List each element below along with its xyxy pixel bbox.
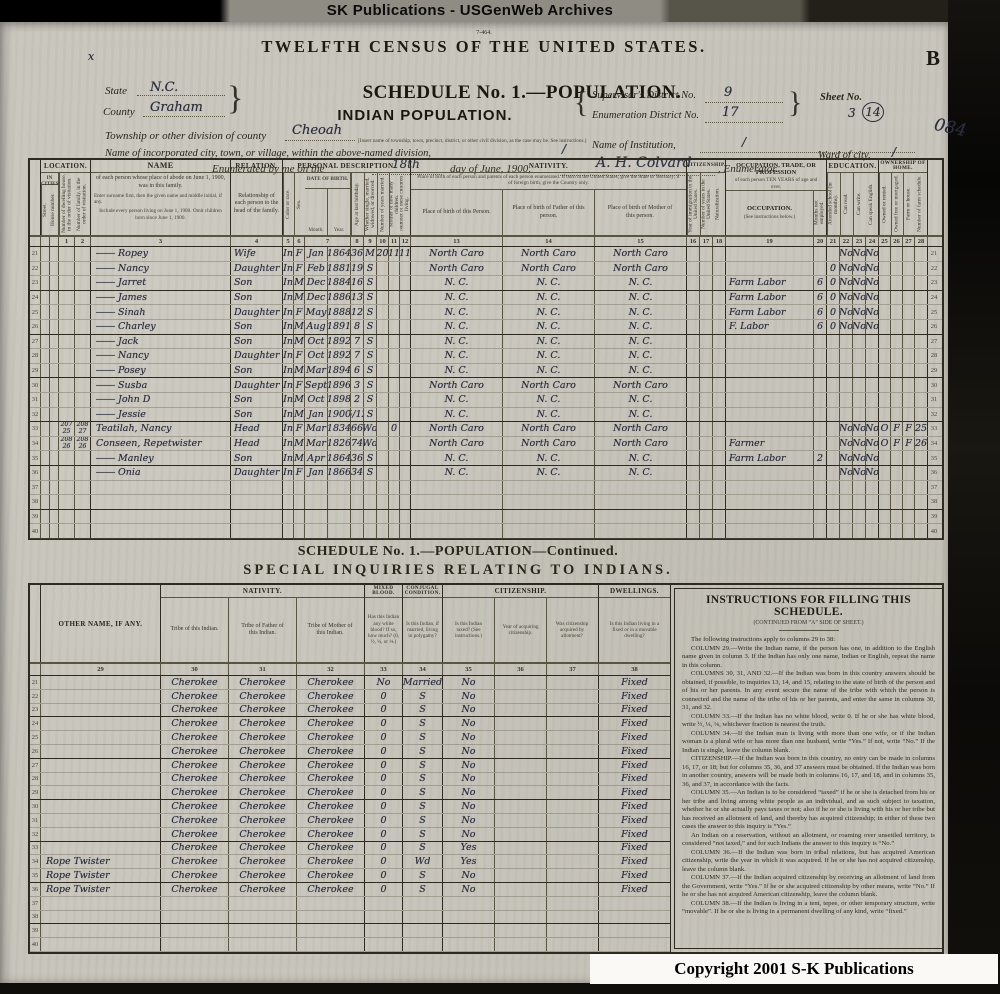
table-cell <box>495 676 547 689</box>
family-number-col-label: Number of family, in the order of visita… <box>75 173 90 235</box>
table-cell <box>403 938 443 951</box>
instruction-paragraph: COLUMNS 30, 31, AND 32.—If the Indian wa… <box>682 670 935 713</box>
table-cell <box>891 393 903 407</box>
table-cell <box>400 510 411 524</box>
table-cell: Cherokee <box>297 786 365 799</box>
table-cell <box>283 510 294 524</box>
table-cell: North Caro <box>595 247 687 261</box>
ward-value: / <box>892 145 896 159</box>
table-cell <box>713 349 726 363</box>
table-cell: 31 <box>30 393 41 407</box>
instruction-paragraph: COLUMN 36.—If the Indian was born in tri… <box>682 849 935 875</box>
in-cities-label: IN CITIES. <box>41 173 58 185</box>
table-cell: 38 <box>30 495 41 509</box>
table-cell: Aug <box>305 320 328 334</box>
table-cell <box>400 320 411 334</box>
table-cell: Son <box>231 276 283 290</box>
table-cell <box>389 495 400 509</box>
table-cell <box>853 481 866 495</box>
table-cell <box>853 335 866 349</box>
table-cell: 3 <box>351 378 364 392</box>
table-cell: North Caro <box>503 262 595 276</box>
table-row: 24―― JamesSonInMDec188613SN. C.N. C.N. C… <box>30 291 942 306</box>
table-cell: 26 <box>30 745 41 758</box>
copyright-overlay: Copyright 2001 S-K Publications <box>590 954 998 984</box>
table-cell <box>41 451 50 465</box>
table-cell: 0 <box>389 422 400 436</box>
table-cell <box>687 291 700 305</box>
dob-label: DATE OF BIRTH. <box>305 173 350 189</box>
year-citizenship-col-label: Year of acquiring citizenship. <box>495 598 547 662</box>
table-cell <box>411 495 503 509</box>
table-cell: Conseen, Repetwister <box>91 437 231 451</box>
table-cell: 7 <box>305 237 351 246</box>
table-cell: N. C. <box>411 305 503 319</box>
table-cell: 207 25 <box>59 422 75 436</box>
table-cell <box>50 495 59 509</box>
table-cell <box>891 481 903 495</box>
table-cell: 19 <box>351 262 364 276</box>
table-cell <box>41 524 50 538</box>
table-cell <box>41 745 161 758</box>
table-cell <box>879 451 891 465</box>
table-cell: Cherokee <box>297 883 365 896</box>
table-cell: No <box>853 451 866 465</box>
table-cell: S <box>364 466 377 480</box>
table-cell <box>41 291 50 305</box>
table-cell <box>503 524 595 538</box>
occupation-title: OCCUPATION, TRADE, OR PROFESSION <box>726 160 826 176</box>
table-cell: S <box>403 745 443 758</box>
table-cell: Son <box>231 408 283 422</box>
table-cell <box>853 378 866 392</box>
table-cell <box>377 364 389 378</box>
table-row: 30CherokeeCherokeeCherokee0SNoFixed <box>30 800 670 814</box>
table-cell <box>59 466 75 480</box>
table-cell <box>75 495 91 509</box>
table-cell: 0 <box>827 262 840 276</box>
brace-district-close: } <box>788 86 802 120</box>
table-cell: Cherokee <box>229 814 297 827</box>
table-cell <box>853 393 866 407</box>
table-cell <box>915 276 928 290</box>
table-cell <box>879 495 891 509</box>
table-cell <box>495 759 547 772</box>
table-cell <box>161 938 229 951</box>
table-cell: 35 <box>30 869 41 882</box>
table-cell <box>903 335 915 349</box>
table-cell: 33 <box>365 664 403 675</box>
table-cell: Cherokee <box>297 800 365 813</box>
table-cell <box>827 335 840 349</box>
table-row: 31CherokeeCherokeeCherokee0SNoFixed <box>30 814 670 828</box>
table-cell: No <box>866 247 879 261</box>
table-cell: N. C. <box>503 408 595 422</box>
table-cell: 23 <box>928 276 940 290</box>
table-cell: S <box>364 291 377 305</box>
age-col-label: Age at last birthday. <box>351 173 364 235</box>
population-table-header: LOCATION. IN CITIES. Street. House numbe… <box>30 160 942 236</box>
table-row: 36―― OniaDaughterInFJan186634SN. C.N. C.… <box>30 466 942 481</box>
table-cell: In <box>283 422 294 436</box>
table-cell: N. C. <box>411 335 503 349</box>
table-row: 33CherokeeCherokeeCherokee0SYesFixed <box>30 842 670 856</box>
table-cell: 34 <box>928 437 940 451</box>
table-cell <box>595 481 687 495</box>
table-cell <box>700 276 713 290</box>
table-cell: 1900 <box>328 408 351 422</box>
table-cell <box>400 305 411 319</box>
table-cell <box>814 364 827 378</box>
table-cell: 23 <box>30 704 41 717</box>
table-cell <box>700 364 713 378</box>
table-cell <box>687 510 700 524</box>
table-cell: ―― Jarret <box>91 276 231 290</box>
table-cell <box>59 393 75 407</box>
table-cell: S <box>364 305 377 319</box>
table-cell: 0 <box>365 828 403 841</box>
table-cell <box>891 262 903 276</box>
table-cell: S <box>403 869 443 882</box>
table-cell: M <box>294 364 305 378</box>
table-cell: No <box>840 451 853 465</box>
table-cell: 32 <box>297 664 365 675</box>
table-cell <box>700 349 713 363</box>
table-cell <box>389 276 400 290</box>
table-cell <box>687 393 700 407</box>
table-cell <box>229 938 297 951</box>
table-cell: Cherokee <box>297 759 365 772</box>
table-cell <box>866 335 879 349</box>
table-cell <box>547 883 599 896</box>
table-cell: ―― Jack <box>91 335 231 349</box>
owned-free-col-label: Owned free or mortgaged. <box>891 173 903 235</box>
table-cell: No <box>443 731 495 744</box>
table-cell <box>903 262 915 276</box>
table-cell <box>687 451 700 465</box>
table-cell <box>377 495 389 509</box>
table-cell <box>75 247 91 261</box>
table-cell: Rope Twister <box>41 869 161 882</box>
table-cell <box>700 378 713 392</box>
table-cell <box>891 495 903 509</box>
table-cell <box>351 495 364 509</box>
table-cell <box>700 495 713 509</box>
table-cell: 1898 <box>328 393 351 407</box>
table-cell <box>495 731 547 744</box>
sheet-number-circled: 14 <box>862 102 884 122</box>
table-cell <box>400 495 411 509</box>
table-cell: Dec <box>305 276 328 290</box>
table-cell <box>377 320 389 334</box>
table-cell: 32 <box>928 408 940 422</box>
table-cell: F <box>294 466 305 480</box>
table-cell <box>283 481 294 495</box>
table-cell: Cherokee <box>297 745 365 758</box>
table-cell: 33 <box>928 422 940 436</box>
county-label: County <box>103 106 135 118</box>
table-cell <box>294 495 305 509</box>
table-cell: Cherokee <box>161 869 229 882</box>
table-cell <box>687 437 700 451</box>
table-cell: No <box>866 291 879 305</box>
table-cell: 21 <box>827 237 840 246</box>
table-cell: F <box>294 378 305 392</box>
table-cell <box>377 437 389 451</box>
table-cell <box>827 437 840 451</box>
month-col-label: Month. <box>305 189 328 235</box>
table-cell <box>915 364 928 378</box>
table-cell: Cherokee <box>297 690 365 703</box>
col-line-number-left2 <box>30 585 41 662</box>
table-cell: Cherokee <box>229 690 297 703</box>
table-cell <box>547 690 599 703</box>
table-cell: North Caro <box>411 437 503 451</box>
instruction-paragraph: COLUMN 33.—If the Indian has no white bl… <box>682 713 935 730</box>
tribe-father-col-label: Tribe of Father of this Indian. <box>229 598 297 662</box>
table-cell <box>687 335 700 349</box>
table-cell <box>400 451 411 465</box>
table-cell: In <box>283 247 294 261</box>
table-cell <box>891 408 903 422</box>
table-cell <box>294 510 305 524</box>
table-row: 28―― NancyDaughterInFOct18927SN. C.N. C.… <box>30 349 942 364</box>
table-cell: S <box>364 276 377 290</box>
institution-line <box>700 143 915 153</box>
table-cell <box>700 437 713 451</box>
table-cell <box>364 495 377 509</box>
table-cell <box>50 422 59 436</box>
table-cell: M <box>294 437 305 451</box>
allotment-col-label: Was citizenship acquired by allotment? <box>547 598 597 662</box>
table-cell <box>814 262 827 276</box>
table-cell: In <box>283 451 294 465</box>
table-cell: 28 <box>30 773 41 786</box>
table-cell <box>713 335 726 349</box>
table-cell: Farm Labor <box>726 305 814 319</box>
col-group-relation: RELATION. Relationship of each person to… <box>231 160 283 235</box>
table-cell: S <box>403 759 443 772</box>
table-cell: F. Labor <box>726 320 814 334</box>
table-cell: No <box>866 320 879 334</box>
table-cell: 0 <box>365 745 403 758</box>
table-cell: 74 <box>351 437 364 451</box>
table-cell <box>41 938 161 951</box>
table-cell: 66 <box>351 422 364 436</box>
table-cell <box>915 451 928 465</box>
scan-bottom-edge <box>0 983 1000 994</box>
table-row: 3939 <box>30 510 942 525</box>
table-cell <box>59 291 75 305</box>
table-cell <box>713 510 726 524</box>
table-cell: Jan <box>305 247 328 261</box>
table-cell <box>903 364 915 378</box>
table-cell: 37 <box>30 481 41 495</box>
table-cell: N. C. <box>503 349 595 363</box>
table-cell <box>915 510 928 524</box>
table-cell <box>50 237 59 246</box>
table-cell: In <box>283 335 294 349</box>
table-cell <box>700 524 713 538</box>
table-row: 3838 <box>30 495 942 510</box>
table-cell <box>879 510 891 524</box>
table-cell: 0 <box>365 690 403 703</box>
table-cell <box>231 495 283 509</box>
year-col-label: Year. <box>328 189 350 235</box>
table-cell: Oct <box>305 349 328 363</box>
table-cell: 1834 <box>328 422 351 436</box>
table-cell: No <box>840 276 853 290</box>
table-cell <box>495 828 547 841</box>
table-cell: Cherokee <box>229 786 297 799</box>
table-cell <box>50 393 59 407</box>
table-cell: 34 <box>403 664 443 675</box>
table-cell <box>903 408 915 422</box>
table-row: 26CherokeeCherokeeCherokee0SNoFixed <box>30 745 670 759</box>
table-cell <box>50 320 59 334</box>
table-cell <box>879 524 891 538</box>
relation-desc: Relationship of each person to the head … <box>234 193 279 216</box>
table-cell: N. C. <box>595 291 687 305</box>
table-cell: Cherokee <box>297 676 365 689</box>
table-cell: S <box>403 814 443 827</box>
instructions-subtitle: (CONTINUED FROM “A” SIDE OF SHEET.) <box>682 620 935 626</box>
table-cell <box>364 510 377 524</box>
table-cell: North Caro <box>503 437 595 451</box>
table-cell <box>879 408 891 422</box>
table-cell: Cherokee <box>161 759 229 772</box>
table-cell <box>547 814 599 827</box>
table-cell <box>41 262 50 276</box>
table-cell <box>891 305 903 319</box>
table-cell <box>389 305 400 319</box>
table-cell: 16 <box>687 237 700 246</box>
table-cell <box>700 291 713 305</box>
table-cell <box>59 510 75 524</box>
owned-rented-col-label: Owned or rented. <box>879 173 891 235</box>
table-cell: 11 <box>400 247 411 261</box>
table-cell: Head <box>231 437 283 451</box>
table-cell: N. C. <box>503 466 595 480</box>
table-cell: Cherokee <box>161 814 229 827</box>
table-cell: 23 <box>30 276 41 290</box>
table-cell <box>75 291 91 305</box>
table-cell: N. C. <box>411 276 503 290</box>
table-cell <box>59 305 75 319</box>
table-cell <box>687 495 700 509</box>
table-cell <box>403 911 443 924</box>
table-cell: ―― Nancy <box>91 349 231 363</box>
table-cell: 0 <box>365 704 403 717</box>
table-cell <box>50 481 59 495</box>
scanned-census-page: { "banner": { "top_text": "SK Publicatio… <box>0 0 1000 994</box>
table-cell <box>915 320 928 334</box>
supervisor-line <box>705 93 783 103</box>
table-cell: No <box>853 262 866 276</box>
other-name-title: OTHER NAME, IF ANY. <box>41 585 160 662</box>
table-cell <box>853 495 866 509</box>
table-cell: Son <box>231 451 283 465</box>
table-cell: 30 <box>30 800 41 813</box>
table-cell <box>726 393 814 407</box>
table-cell: Apr <box>305 451 328 465</box>
table-cell <box>91 524 231 538</box>
table-cell <box>50 524 59 538</box>
table-cell <box>595 495 687 509</box>
table-cell <box>879 364 891 378</box>
table-cell <box>915 349 928 363</box>
table-cell <box>41 897 161 910</box>
table-cell <box>547 828 599 841</box>
table-cell: Cherokee <box>229 883 297 896</box>
table-cell: 4 <box>231 237 283 246</box>
table-cell: North Caro <box>411 262 503 276</box>
table-cell: 17 <box>700 237 713 246</box>
table-cell <box>827 510 840 524</box>
occupation-col-label: OCCUPATION. <box>747 205 792 212</box>
table-cell: 25 <box>928 305 940 319</box>
table-cell: M <box>294 291 305 305</box>
table-cell: 30 <box>161 664 229 675</box>
table-cell: Cherokee <box>297 869 365 882</box>
table-cell: 38 <box>599 664 670 675</box>
table-cell: Wife <box>231 247 283 261</box>
table-cell <box>827 349 840 363</box>
table-cell <box>814 437 827 451</box>
table-cell: N. C. <box>503 291 595 305</box>
table-cell <box>700 466 713 480</box>
table-cell <box>891 247 903 261</box>
citizenship-title: CITIZENSHIP. <box>687 160 725 173</box>
table-cell: 24 <box>30 291 41 305</box>
table-cell: 10 <box>377 237 389 246</box>
table-cell <box>400 276 411 290</box>
table-cell: N. C. <box>411 393 503 407</box>
col-group-citizenship: CITIZENSHIP. Year of immigration to the … <box>687 160 726 235</box>
table-cell <box>305 524 328 538</box>
table-cell <box>915 305 928 319</box>
table-cell: Dec <box>305 291 328 305</box>
table-cell <box>903 451 915 465</box>
instructions-title: INSTRUCTIONS FOR FILLING THIS SCHEDULE. <box>682 594 935 618</box>
col-group-location: LOCATION. IN CITIES. Street. House numbe… <box>41 160 91 235</box>
table-cell <box>229 897 297 910</box>
table-cell: Cherokee <box>161 773 229 786</box>
table-cell: M <box>294 276 305 290</box>
table-cell <box>903 393 915 407</box>
population-rows: 21―― RopeyWifeInFJan186436M201111North C… <box>30 247 942 539</box>
can-read-col-label: Can read. <box>840 173 853 235</box>
table-cell <box>853 364 866 378</box>
table-cell <box>41 349 50 363</box>
table-cell: Son <box>231 364 283 378</box>
children-living-col-label: Number of these children living. <box>400 173 410 235</box>
table-cell: Mar <box>305 437 328 451</box>
table-cell: M <box>294 451 305 465</box>
table-cell: Son <box>231 393 283 407</box>
table-cell <box>41 247 50 261</box>
table-cell <box>30 237 41 246</box>
table-cell: 22 <box>30 262 41 276</box>
table-cell <box>41 773 161 786</box>
table-cell <box>547 786 599 799</box>
dwellings-desc: Is this Indian living in a fixed or in a… <box>599 598 670 662</box>
table-cell <box>879 305 891 319</box>
table-cell: 28 <box>915 237 928 246</box>
special-inquiries-header: OTHER NAME, IF ANY. NATIVITY. Tribe of t… <box>30 585 670 663</box>
table-row: 35Rope TwisterCherokeeCherokeeCherokee0S… <box>30 869 670 883</box>
table-cell <box>547 676 599 689</box>
